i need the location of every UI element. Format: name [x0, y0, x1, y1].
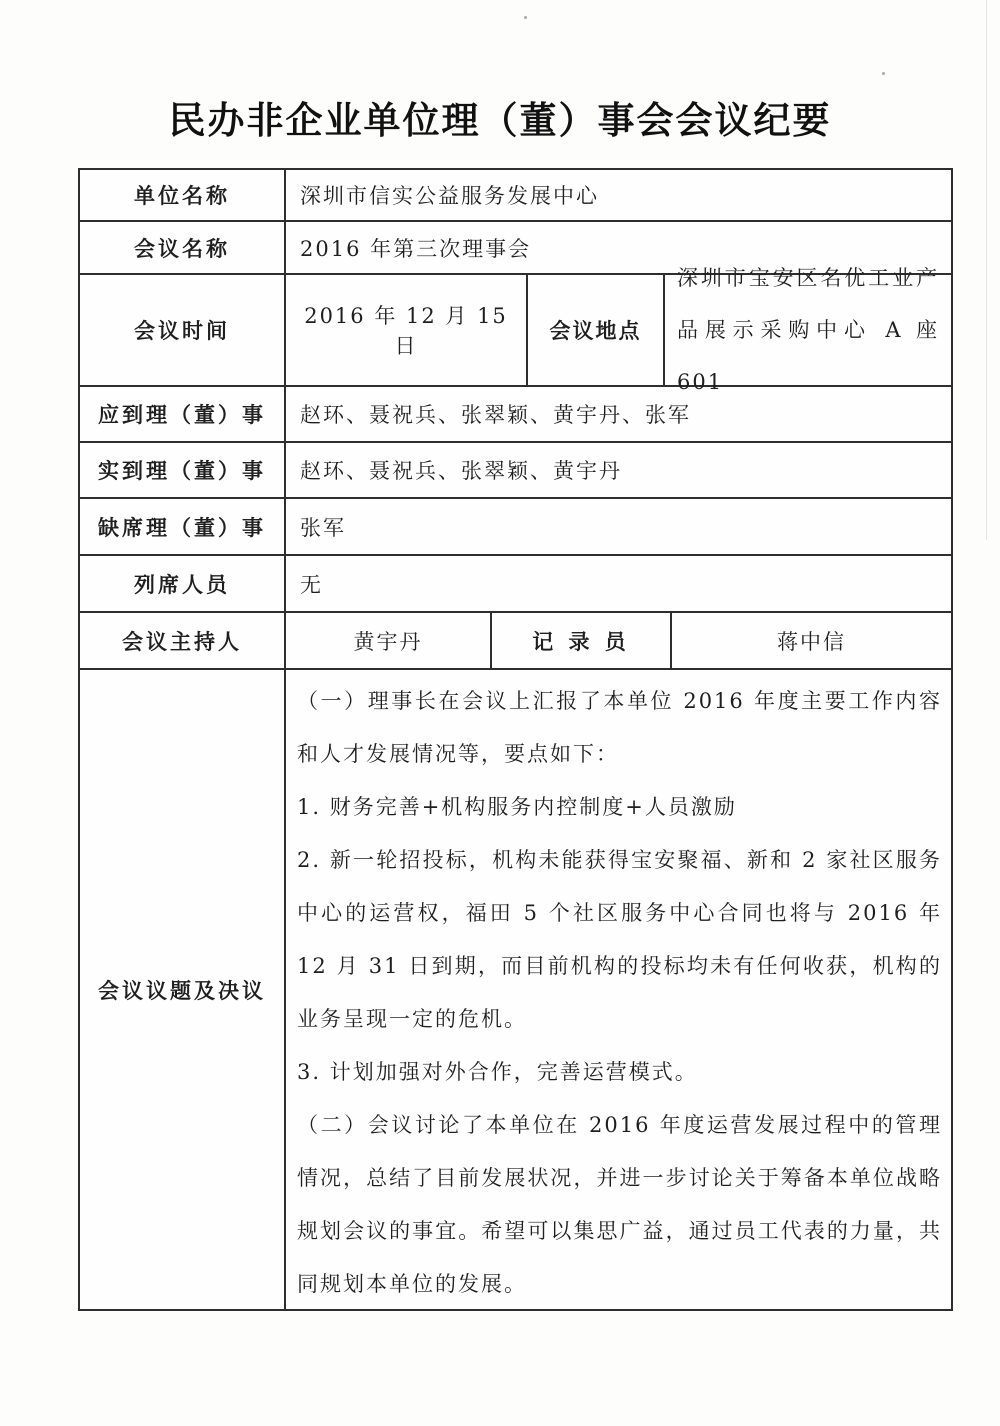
- scan-speckle: [524, 16, 527, 19]
- table-row-absent-directors: 缺席理（董）事 张军: [80, 499, 951, 556]
- meeting-place-label: 会议地点: [528, 275, 665, 385]
- meeting-name-label: 会议名称: [80, 222, 286, 273]
- present-directors-label: 实到理（董）事: [80, 443, 286, 497]
- attendees-label: 列席人员: [80, 556, 286, 611]
- scan-edge-artifact: [986, 0, 987, 540]
- topics-content: （一）理事长在会议上汇报了本单位 2016 年度主要工作内容和人才发展情况等，要…: [286, 670, 951, 1309]
- table-row-expected-directors: 应到理（董）事 赵环、聂祝兵、张翠颖、黄宇丹、张军: [80, 387, 951, 443]
- unit-name-value: 深圳市信实公益服务发展中心: [286, 170, 951, 220]
- table-row-host-recorder: 会议主持人 黄宇丹 记 录 员 蒋中信: [80, 613, 951, 670]
- table-row-topics: 会议议题及决议 （一）理事长在会议上汇报了本单位 2016 年度主要工作内容和人…: [80, 670, 951, 1309]
- topics-label: 会议议题及决议: [80, 670, 286, 1309]
- topics-paragraph-1: （一）理事长在会议上汇报了本单位 2016 年度主要工作内容和人才发展情况等，要…: [297, 675, 942, 781]
- scan-speckle: [882, 72, 885, 75]
- table-row-unit-name: 单位名称 深圳市信实公益服务发展中心: [80, 170, 951, 222]
- attendees-value: 无: [286, 556, 951, 611]
- absent-directors-label: 缺席理（董）事: [80, 499, 286, 554]
- meeting-place-value: 深圳市宝安区名优工业产品展示采购中心 A 座 601: [665, 252, 951, 408]
- topics-paragraph-2: 1. 财务完善+机构服务内控制度+人员激励: [297, 781, 942, 834]
- host-value: 黄宇丹: [286, 613, 492, 668]
- table-row-present-directors: 实到理（董）事 赵环、聂祝兵、张翠颖、黄宇丹: [80, 443, 951, 499]
- expected-directors-value: 赵环、聂祝兵、张翠颖、黄宇丹、张军: [286, 387, 951, 441]
- meeting-minutes-table: 单位名称 深圳市信实公益服务发展中心 会议名称 2016 年第三次理事会 会议时…: [78, 168, 953, 1311]
- topics-paragraph-5: （二）会议讨论了本单位在 2016 年度运营发展过程中的管理情况，总结了目前发展…: [297, 1099, 942, 1311]
- recorder-label: 记 录 员: [492, 613, 672, 668]
- recorder-value: 蒋中信: [672, 613, 951, 668]
- expected-directors-label: 应到理（董）事: [80, 387, 286, 441]
- topics-paragraph-4: 3. 计划加强对外合作，完善运营模式。: [297, 1046, 942, 1099]
- meeting-time-label: 会议时间: [80, 275, 286, 385]
- host-label: 会议主持人: [80, 613, 286, 668]
- meeting-time-value: 2016 年 12 月 15 日: [286, 275, 528, 385]
- unit-name-label: 单位名称: [80, 170, 286, 220]
- present-directors-value: 赵环、聂祝兵、张翠颖、黄宇丹: [286, 443, 951, 497]
- absent-directors-value: 张军: [286, 499, 951, 554]
- topics-paragraph-3: 2. 新一轮招投标，机构未能获得宝安聚福、新和 2 家社区服务中心的运营权，福田…: [297, 834, 942, 1046]
- page-title: 民办非企业单位理（董）事会会议纪要: [0, 90, 1000, 144]
- table-row-attendees: 列席人员 无: [80, 556, 951, 613]
- scanned-meeting-minutes-page: 民办非企业单位理（董）事会会议纪要 单位名称 深圳市信实公益服务发展中心 会议名…: [0, 0, 1000, 1426]
- table-row-meeting-time-place: 会议时间 2016 年 12 月 15 日 会议地点 深圳市宝安区名优工业产品展…: [80, 275, 951, 387]
